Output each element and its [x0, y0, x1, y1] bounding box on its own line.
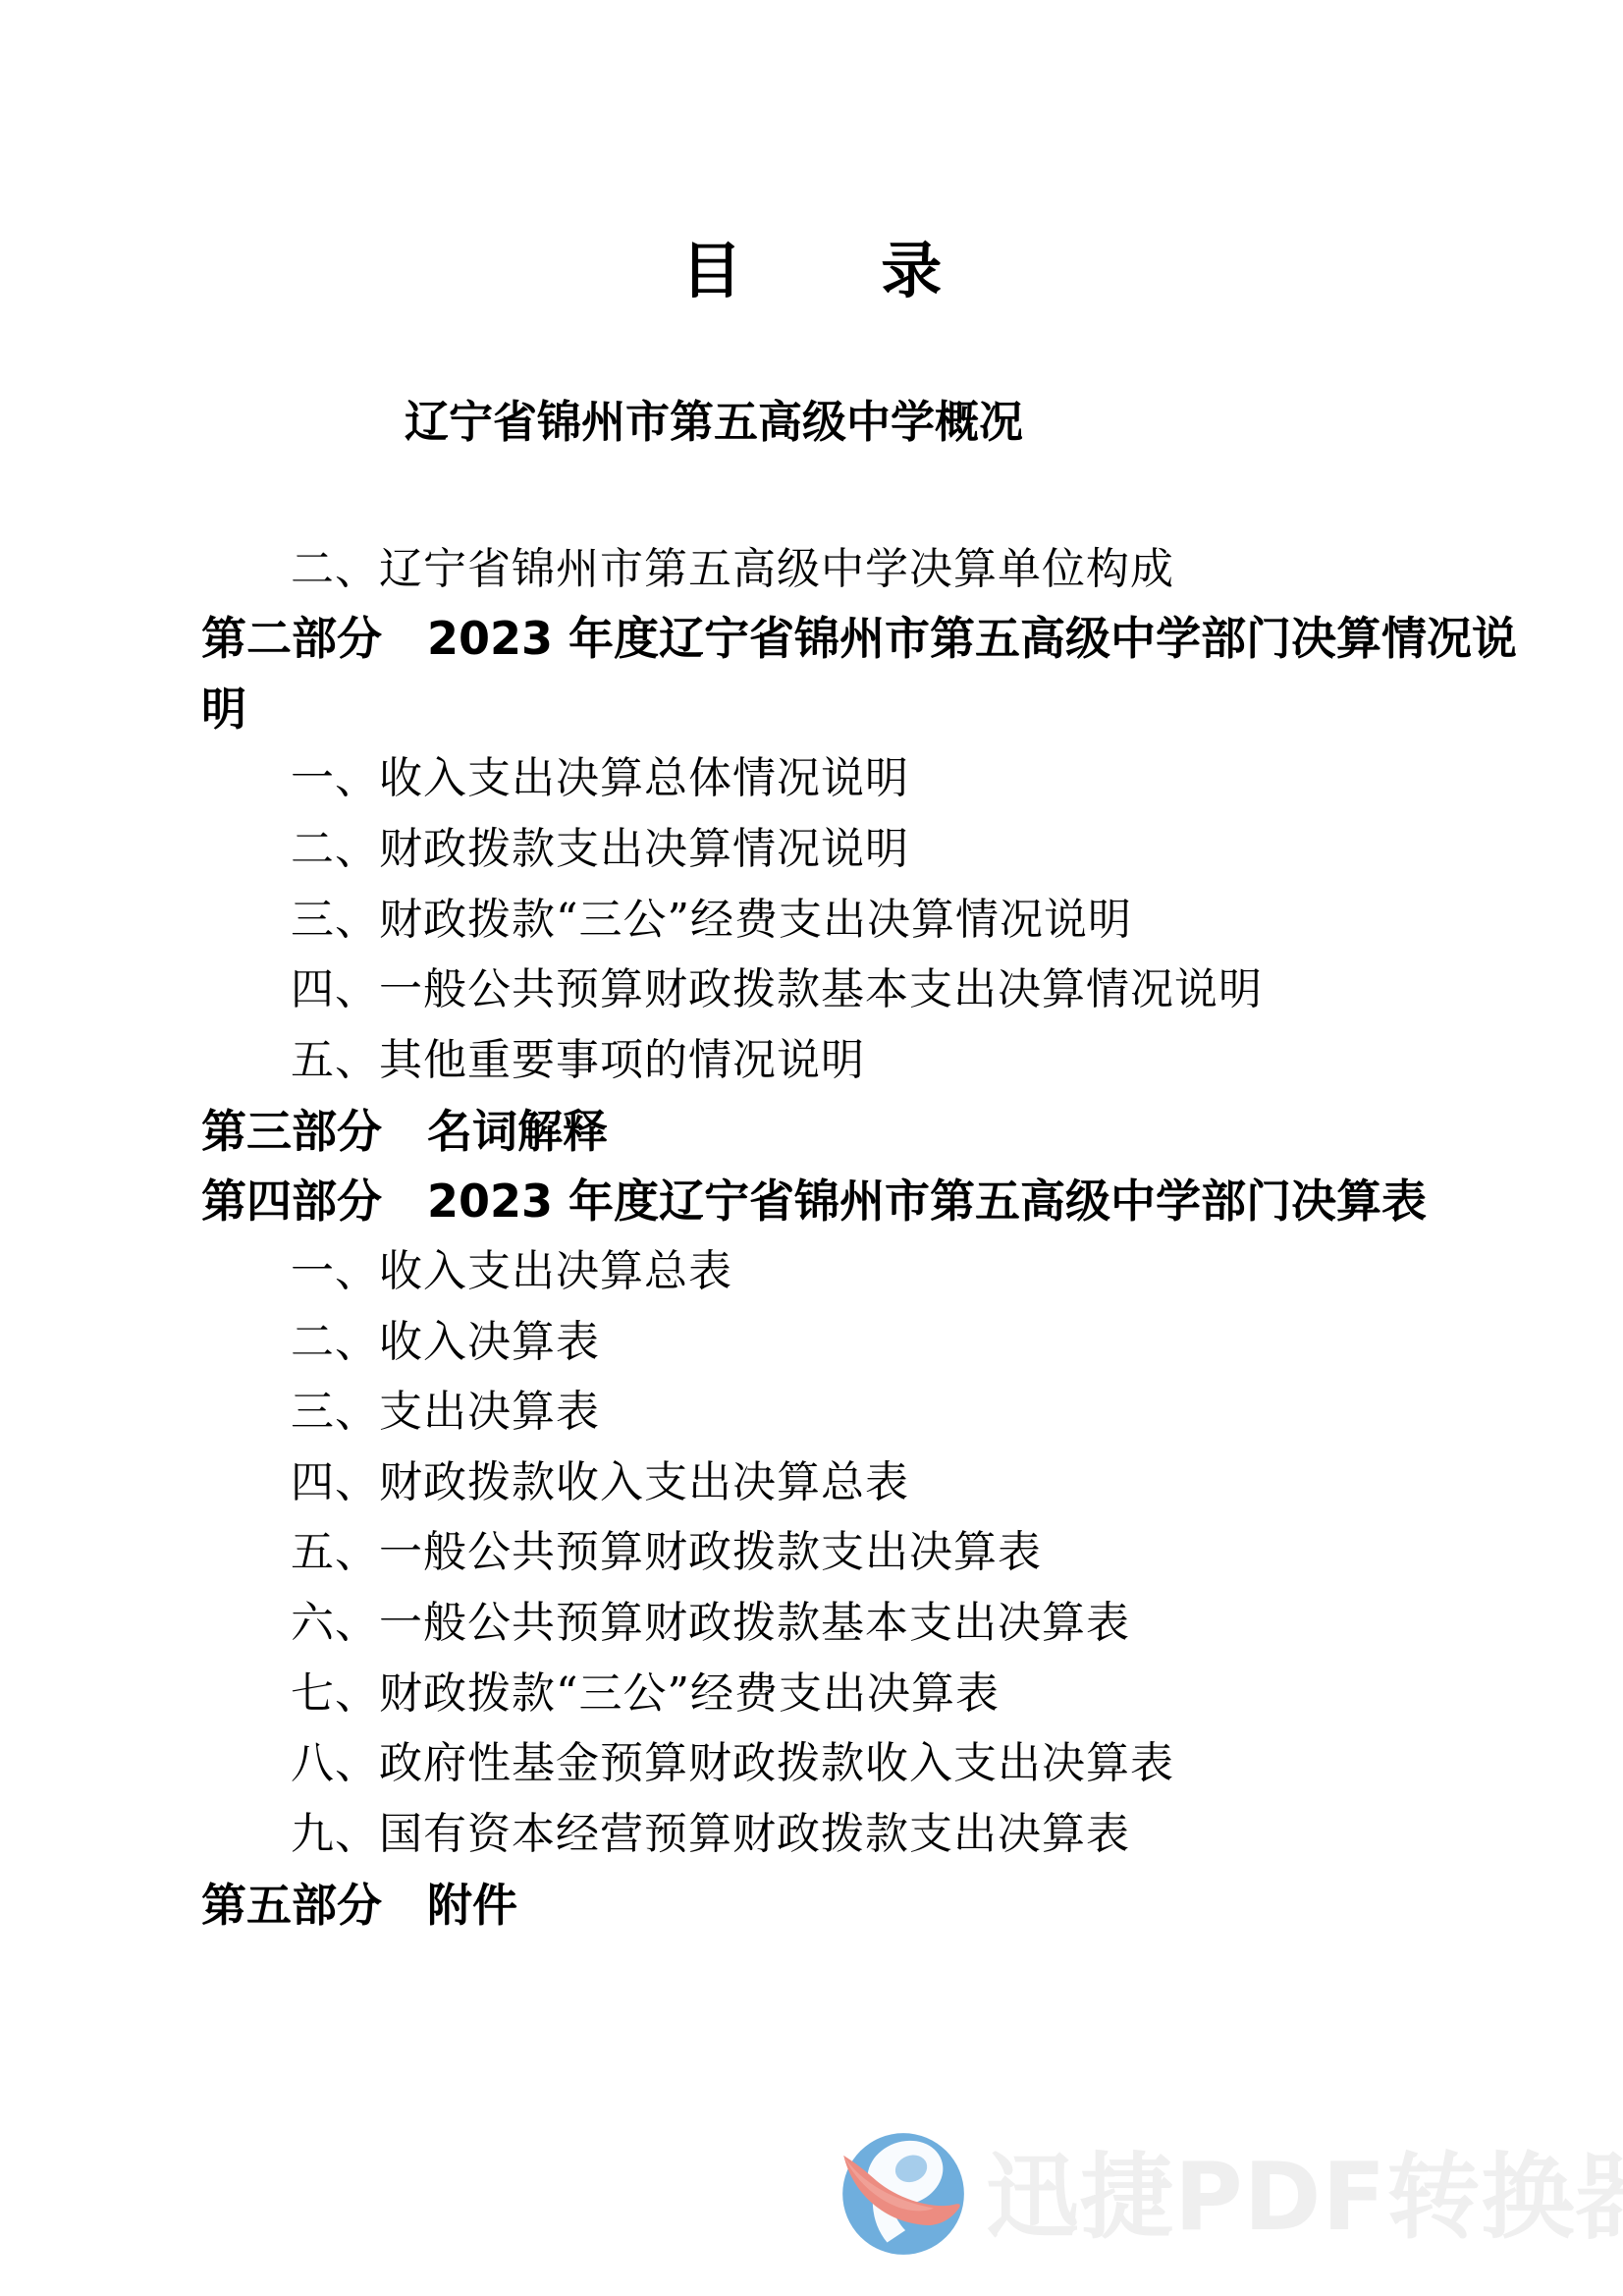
toc-line: 第五部分 附件: [201, 1876, 517, 1935]
toc-line: 三、支出决算表: [291, 1383, 600, 1442]
toc-line: 一、收入支出决算总表: [291, 1242, 732, 1301]
toc-line: 二、收入决算表: [291, 1313, 600, 1372]
toc-line: 八、政府性基金预算财政拨款收入支出决算表: [291, 1734, 1174, 1793]
toc-line: 五、其他重要事项的情况说明: [291, 1031, 865, 1090]
toc-line: 第三部分 名词解释: [201, 1102, 608, 1161]
watermark-text: 迅捷PDF转换器: [986, 2149, 1623, 2247]
toc-line: 辽宁省锦州市第五高级中学概况: [405, 393, 1023, 452]
toc-line: 四、一般公共预算财政拨款基本支出决算情况说明: [291, 960, 1263, 1019]
toc-line: 明: [201, 680, 246, 738]
toc-line: 二、辽宁省锦州市第五高级中学决算单位构成: [291, 540, 1174, 599]
toc-line: 二、财政拨款支出决算情况说明: [291, 820, 909, 879]
toc-line: 六、一般公共预算财政拨款基本支出决算表: [291, 1594, 1130, 1653]
toc-line: 一、收入支出决算总体情况说明: [291, 749, 909, 808]
toc-line: 四、财政拨款收入支出决算总表: [291, 1453, 909, 1512]
toc-line: 五、一般公共预算财政拨款支出决算表: [291, 1523, 1042, 1582]
toc-line: 九、国有资本经营预算财政拨款支出决算表: [291, 1805, 1130, 1864]
toc-line: 第二部分 2023 年度辽宁省锦州市第五高级中学部门决算情况说: [201, 609, 1517, 668]
toc-line: 七、财政拨款“三公”经费支出决算表: [291, 1665, 1000, 1723]
watermark: 迅捷PDF转换器: [837, 2121, 1622, 2259]
pdf-converter-logo-icon: [837, 2127, 968, 2259]
toc-list: 辽宁省锦州市第五高级中学概况二、辽宁省锦州市第五高级中学决算单位构成第二部分 2…: [0, 0, 1623, 2296]
toc-line: 三、财政拨款“三公”经费支出决算情况说明: [291, 891, 1132, 950]
document-page: 目 录 辽宁省锦州市第五高级中学概况二、辽宁省锦州市第五高级中学决算单位构成第二…: [0, 0, 1623, 2296]
toc-line: 第四部分 2023 年度辽宁省锦州市第五高级中学部门决算表: [201, 1172, 1427, 1230]
